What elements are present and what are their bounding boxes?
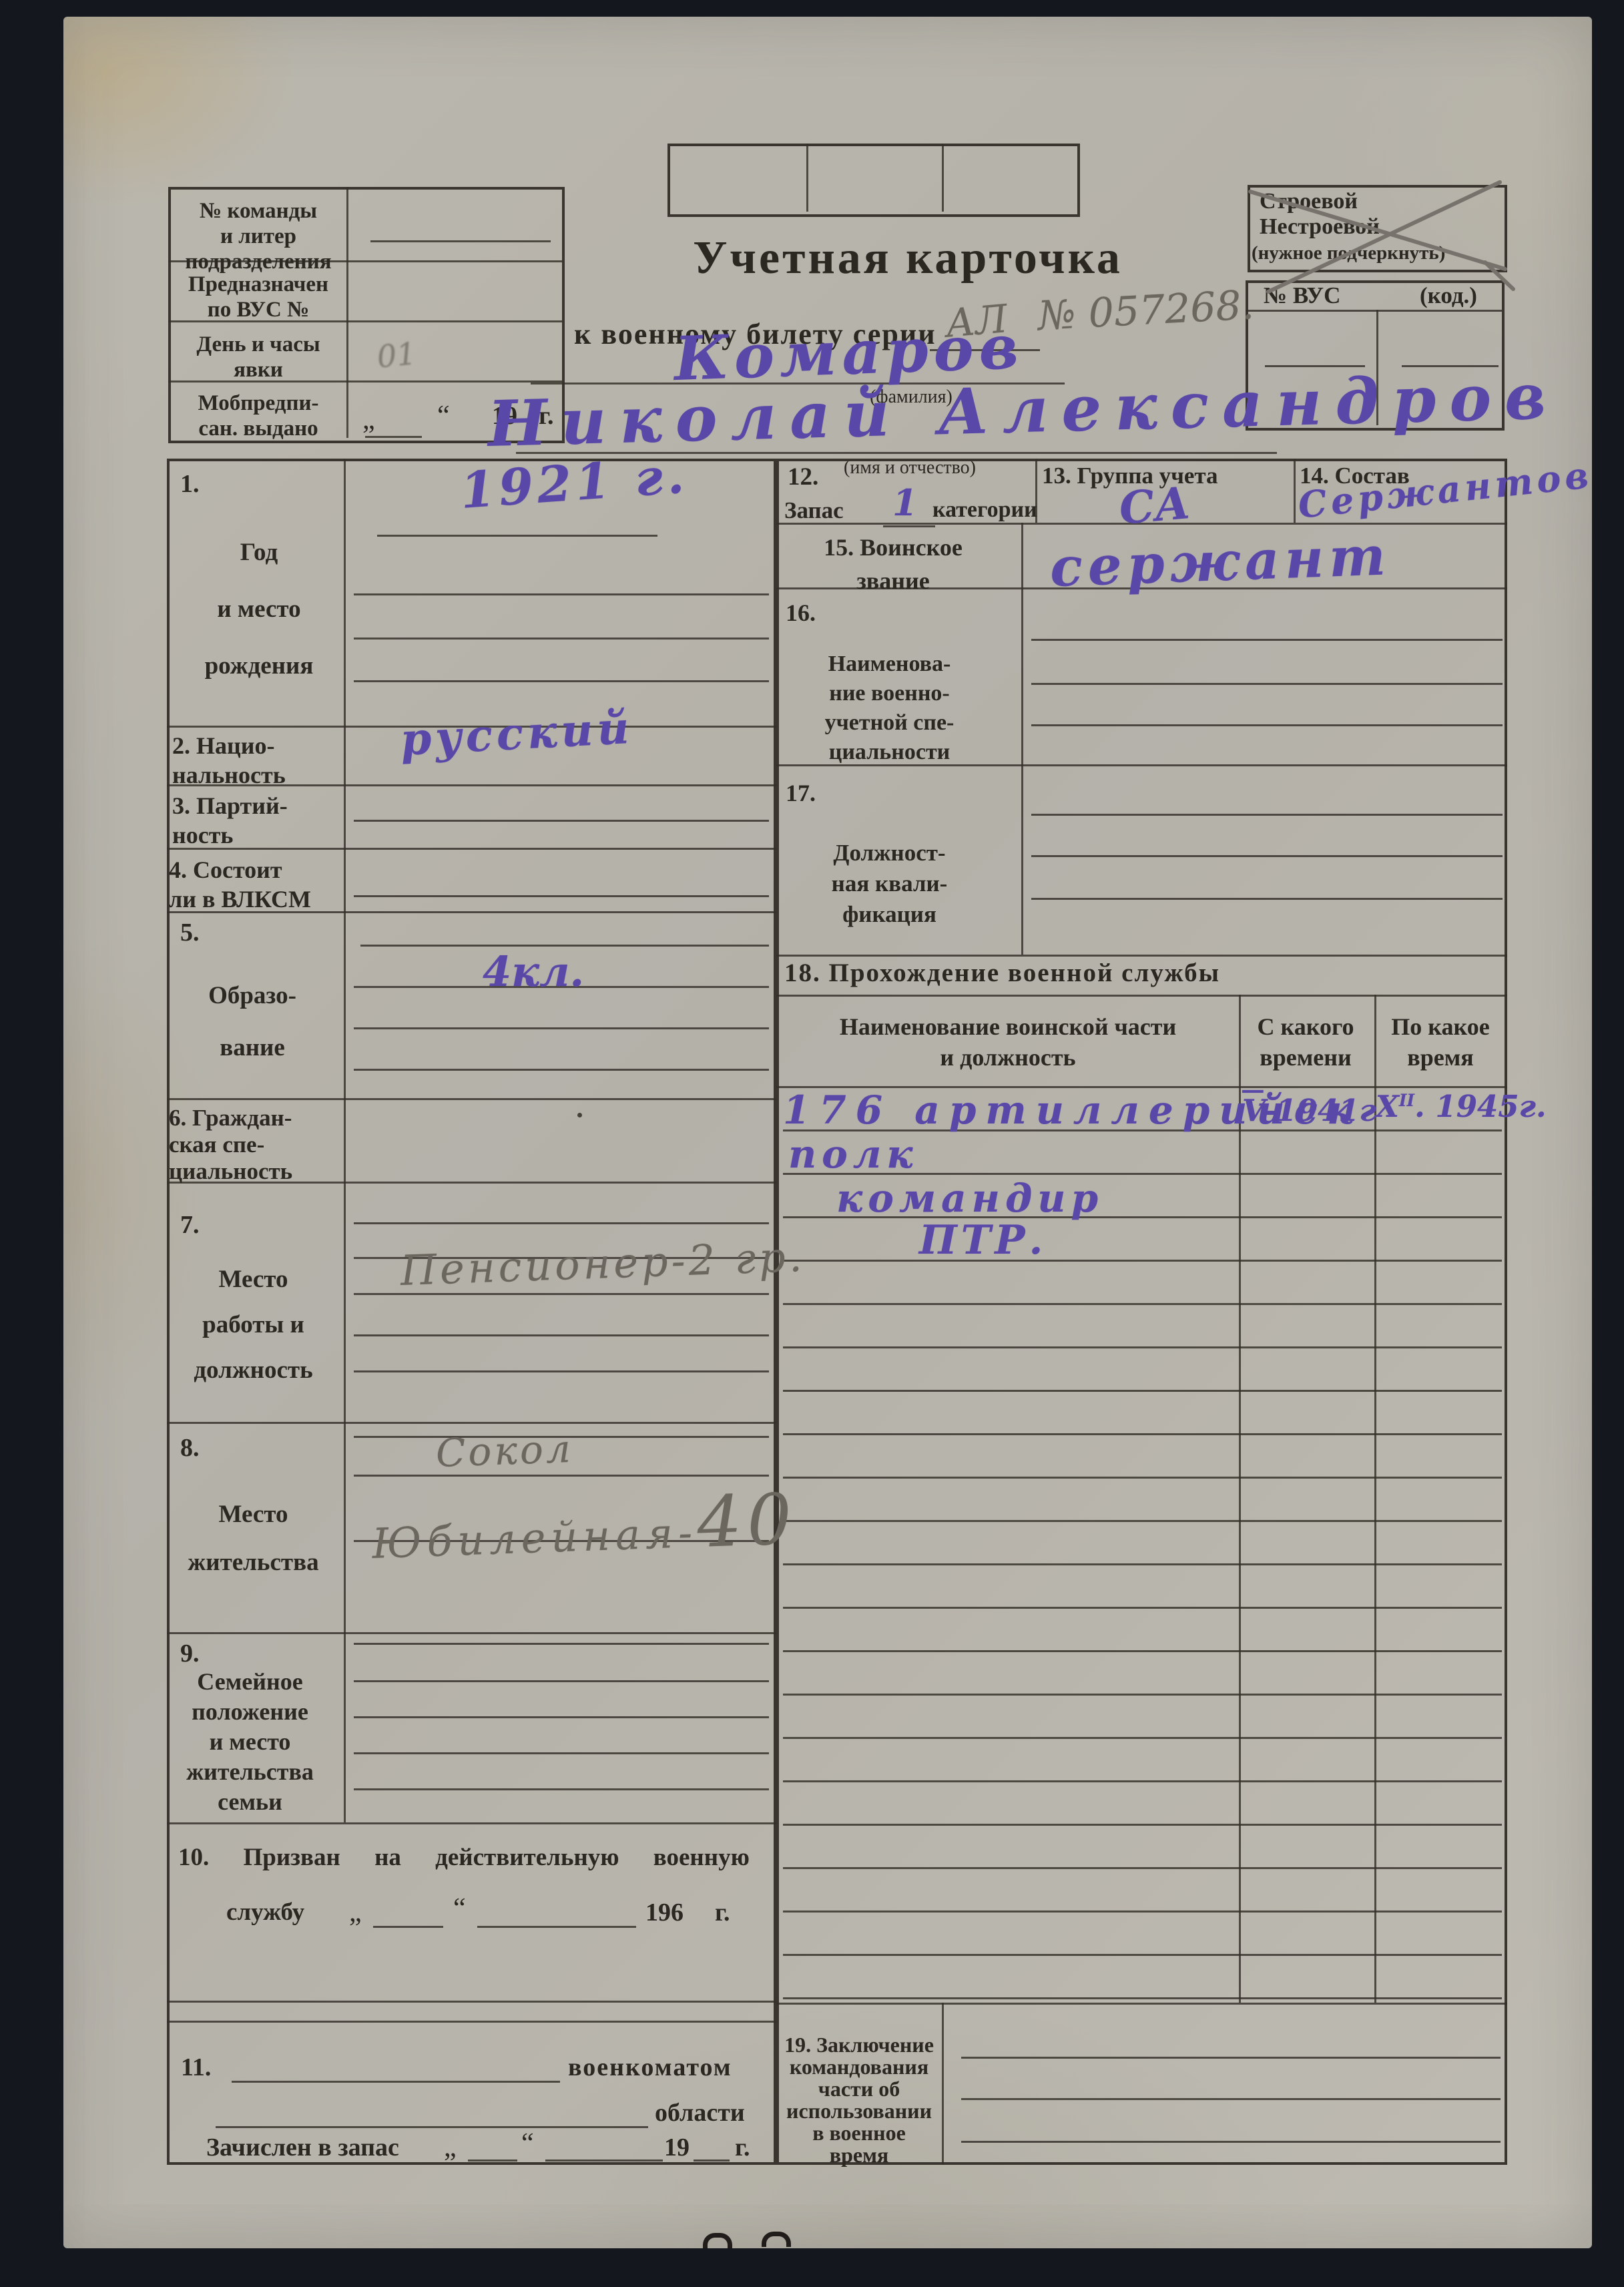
blank-line	[354, 1788, 769, 1790]
column-divider	[1294, 459, 1296, 523]
blank-line	[354, 1370, 769, 1372]
blank-line	[354, 1069, 769, 1071]
command-conclusion-label: 19. Заключение командования части об исп…	[779, 2034, 939, 2166]
ink-speck	[577, 1113, 582, 1117]
section17-number: 17.	[786, 779, 816, 807]
service-table-rule	[783, 1694, 1502, 1696]
reserve-year-placeholder: 19	[664, 2133, 690, 2162]
section12-number: 12.	[788, 463, 818, 491]
blank-line	[354, 1716, 769, 1718]
blank-line	[354, 1680, 769, 1682]
service-position-handwritten: командир	[836, 1176, 1103, 1221]
blank-line	[961, 2141, 1501, 2143]
blank-line	[1031, 724, 1503, 726]
section9-number: 9.	[180, 1639, 200, 1668]
workplace-label: Место работы и должность	[178, 1257, 328, 1393]
reserve-enrolled-label: Зачислен в запас	[206, 2133, 399, 2162]
vlksm-label: 4. Состоит ли в ВЛКСМ	[169, 855, 311, 914]
unit-column-header: Наименование воинской части и должность	[791, 1011, 1225, 1073]
residence-street-handwritten: Юбилейная-40	[370, 1479, 798, 1575]
quote-mark: „	[349, 1896, 362, 1929]
quote-mark: „	[444, 2131, 457, 2164]
blank-line	[883, 525, 935, 527]
cutoff-glyph	[703, 2233, 732, 2248]
blank-line	[468, 2159, 517, 2162]
house-number-text: 40	[696, 1479, 798, 1563]
section19-divider	[942, 2003, 944, 2165]
blank-line	[216, 2126, 648, 2128]
from-date-text: -1941г	[1264, 1093, 1376, 1128]
blank-line	[365, 436, 422, 438]
service-unit-handwritten: полк	[788, 1131, 918, 1177]
draft-label: 10. Призван на действительную военную	[178, 1843, 750, 1872]
residence-label: Место жительства	[178, 1491, 328, 1587]
section8-number: 8.	[180, 1433, 200, 1463]
blank-line	[373, 1926, 443, 1928]
blank-line	[1031, 683, 1503, 685]
index-box	[667, 144, 1080, 217]
service-table-rule	[783, 1520, 1502, 1522]
service-table-rule	[783, 1737, 1502, 1739]
blank-line	[1031, 855, 1503, 857]
draft-year-placeholder: 196	[645, 1898, 684, 1927]
blank-line	[354, 593, 769, 595]
service-table-rule	[783, 1303, 1502, 1305]
street-text: Юбилейная-	[371, 1508, 698, 1568]
reserve-category-handwritten: 1	[892, 481, 918, 524]
blank-line	[354, 820, 769, 822]
vus-box-header-border	[1246, 310, 1502, 312]
category-word: категории	[932, 497, 1037, 523]
blank-line	[354, 1334, 769, 1336]
blank-line	[354, 1752, 769, 1754]
index-box-divider	[806, 144, 808, 212]
civil-specialty-label: 6. Граждан- ская спе- циальность	[169, 1105, 292, 1185]
draft-word: службу	[226, 1898, 304, 1927]
section-border	[167, 1098, 776, 1100]
draft-year-suffix: г.	[715, 1898, 730, 1927]
blank-line	[354, 1027, 769, 1029]
blank-line	[354, 1643, 769, 1645]
cutoff-glyph	[762, 2232, 791, 2247]
roman-numeral: V	[1242, 1093, 1264, 1128]
section7-number: 7.	[180, 1210, 200, 1240]
name-handwritten: Николай Александров	[487, 360, 1561, 461]
blank-line	[377, 535, 657, 537]
education-handwritten: 4кл.	[483, 947, 584, 996]
blank-line	[354, 1475, 769, 1477]
blank-line	[1031, 814, 1503, 816]
quote-mark: “	[437, 400, 450, 432]
vus-purpose-label: Предназначен по ВУС №	[175, 272, 342, 322]
family-label: Семейное положение и место жительства се…	[172, 1667, 328, 1817]
card-number-handwritten: № 057268.	[1037, 282, 1255, 340]
section-border	[167, 2001, 776, 2003]
service-table-rule	[783, 1824, 1502, 1826]
service-table-rule	[783, 1346, 1502, 1348]
blank-line	[1031, 639, 1503, 641]
nationality-label: 2. Нацио- нальность	[172, 731, 286, 790]
quote-mark: “	[453, 1892, 466, 1925]
table-column-divider	[1239, 995, 1241, 2003]
rank-label: 15. Воинское звание	[783, 531, 1003, 597]
service-table-rule	[783, 1997, 1502, 1999]
residence-city-handwritten: Сокол	[435, 1426, 574, 1476]
blank-line	[354, 680, 769, 682]
blank-line	[694, 2159, 730, 2162]
blank-line	[477, 1926, 636, 1928]
report-time-handwritten: 01	[375, 335, 418, 375]
service-to-handwritten: XII. 1945г.	[1376, 1089, 1547, 1124]
oblast-word: области	[655, 2098, 745, 2127]
record-group-handwritten: СА	[1117, 477, 1193, 535]
blank-line	[370, 240, 551, 242]
blank-line	[360, 945, 769, 947]
section-border	[167, 1822, 776, 1824]
military-specialty-label: Наименова- ние военно- учетной спе- циал…	[771, 650, 1008, 767]
party-label: 3. Партий- ность	[172, 791, 288, 850]
blank-line	[1031, 898, 1503, 900]
service-table-rule	[783, 1954, 1502, 1956]
service-table-rule	[783, 1390, 1502, 1392]
to-date-text: . 1945г.	[1414, 1089, 1547, 1124]
section11-number: 11.	[181, 2053, 211, 2082]
blank-line	[961, 2057, 1501, 2059]
rank-handwritten: сержант	[1049, 524, 1392, 599]
service-table-rule	[783, 1607, 1502, 1609]
education-label: Образо- вание	[176, 970, 329, 1074]
qualification-label: Должност- ная квали- фикация	[771, 838, 1008, 930]
section-border	[776, 955, 1507, 957]
service-table-rule	[783, 1563, 1502, 1565]
from-column-header: С какого времени	[1242, 1011, 1369, 1073]
team-number-label: № команды и литер подразделения	[175, 198, 342, 274]
blank-line	[354, 895, 769, 897]
service-weapon-handwritten: ПТР.	[919, 1217, 1047, 1264]
section-border	[167, 1422, 776, 1424]
form-card: № команды и литер подразделения Предназн…	[63, 17, 1592, 2248]
page-title: Учетная карточка	[621, 232, 1195, 285]
reserve-year-suffix: г.	[735, 2133, 750, 2162]
quote-mark: „	[362, 404, 375, 436]
service-table-rule	[783, 1650, 1502, 1652]
service-table-rule	[783, 1911, 1502, 1913]
section-border	[167, 1632, 776, 1634]
reserve-word: Запас	[784, 497, 844, 524]
table-column-divider	[1374, 995, 1376, 2003]
commissariat-word: военкоматом	[568, 2053, 732, 2082]
section-border	[776, 2003, 1507, 2005]
table-header-border	[776, 995, 1507, 997]
mobilization-box-divider	[346, 187, 348, 438]
blank-line	[354, 638, 769, 640]
section16-number: 16.	[786, 599, 816, 627]
birth-label: Год и место рождения	[182, 524, 336, 694]
service-table-rule	[783, 1780, 1502, 1782]
blank-line	[961, 2098, 1501, 2100]
section-border	[167, 2021, 776, 2023]
to-column-header: По какое время	[1377, 1011, 1504, 1073]
section1-number: 1.	[180, 469, 200, 499]
scan-background: { "palette":{"paper":"#b8b5ac","ink":"#2…	[0, 0, 1624, 2287]
service-table-rule	[783, 1260, 1502, 1262]
roman-numeral: X	[1376, 1089, 1399, 1124]
left-label-divider	[344, 459, 346, 1822]
service-section-title: 18. Прохождение военной службы	[784, 958, 1220, 988]
mob-order-label: Мобпредпи- сан. выдано	[175, 391, 342, 441]
service-table-rule	[783, 1867, 1502, 1869]
report-time-label: День и часы явки	[175, 332, 342, 383]
pencil-cross-mark	[1238, 177, 1532, 307]
roman-numeral-sup: II	[1399, 1091, 1414, 1110]
service-from-handwritten: V-1941г	[1242, 1093, 1376, 1128]
quote-mark: “	[521, 2127, 534, 2159]
section5-number: 5.	[180, 918, 200, 947]
index-box-divider	[942, 144, 944, 212]
service-table-rule	[783, 1433, 1502, 1435]
blank-line	[232, 2081, 560, 2083]
service-table-rule	[783, 1477, 1502, 1479]
blank-line	[545, 2159, 663, 2162]
blank-line	[354, 1222, 769, 1224]
right-label-divider	[1021, 523, 1023, 955]
